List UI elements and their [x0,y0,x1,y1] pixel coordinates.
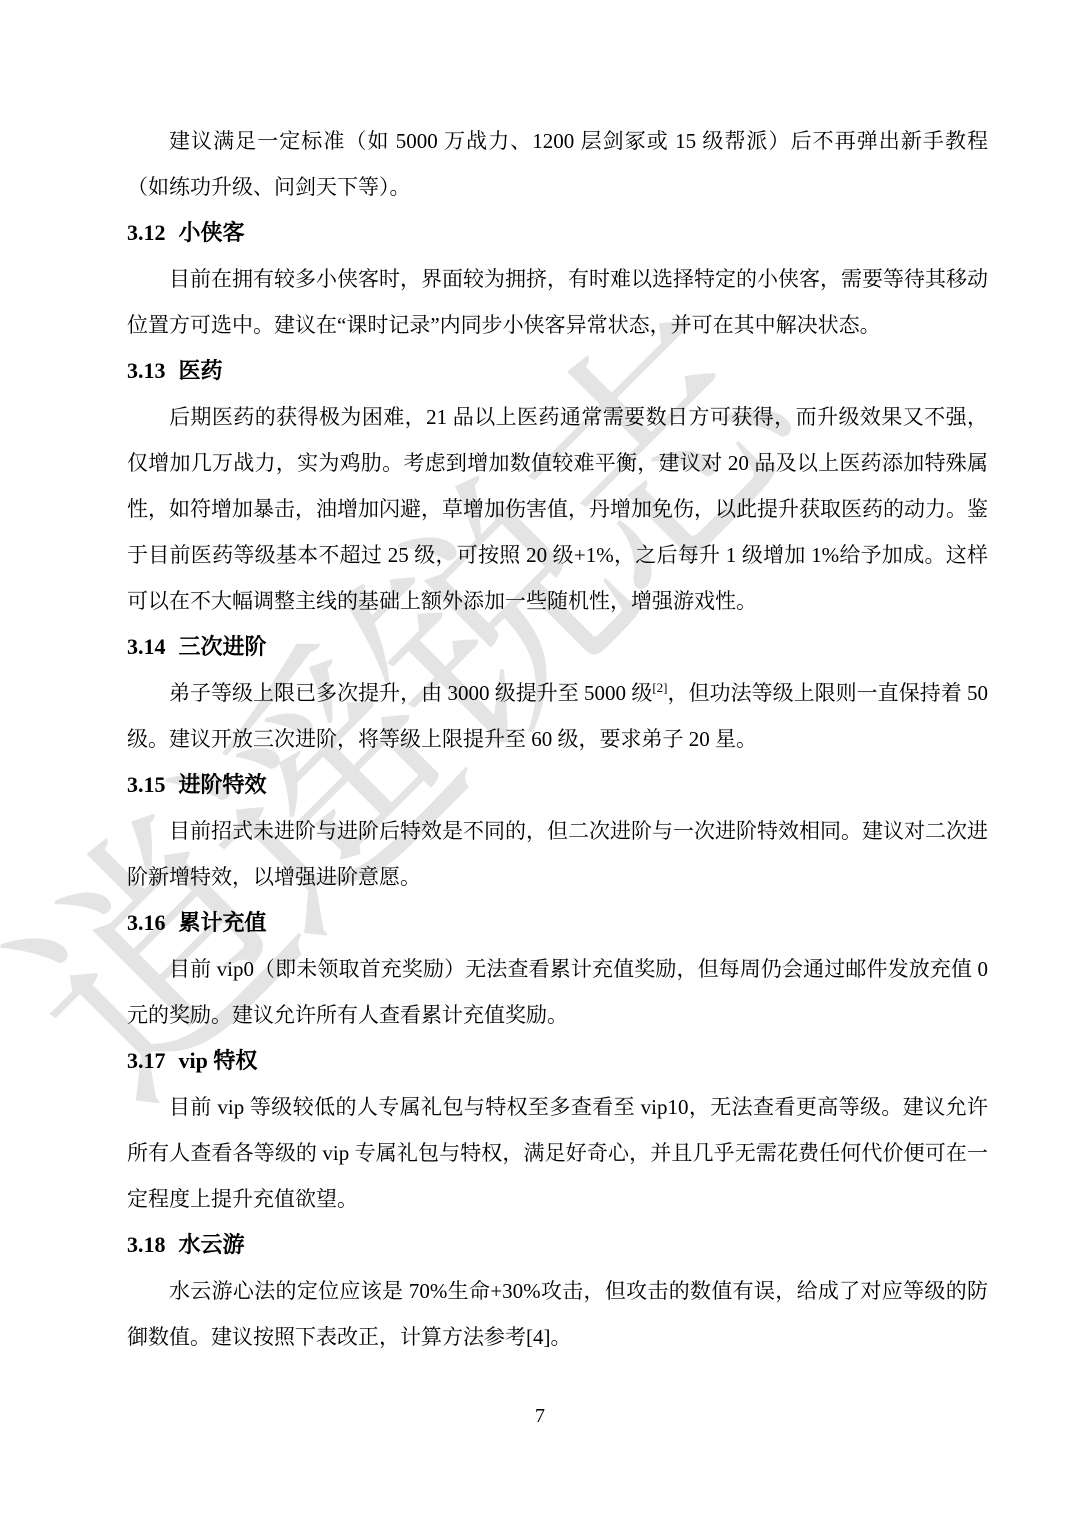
text-run: 水云游心法的定位应该是 70%生命+30%攻击，但攻击的数值有误，给成了对应等级… [127,1279,988,1349]
superscript-reference: [2] [652,680,667,695]
section-heading-number: 3.18 [127,1232,166,1257]
paragraph: 弟子等级上限已多次提升，由 3000 级提升至 5000 级[2]，但功法等级上… [127,670,988,762]
section-heading: 3.18水云游 [127,1222,988,1268]
text-run: 目前招式未进阶与进阶后特效是不同的，但二次进阶与一次进阶特效相同。建议对二次进阶… [127,819,988,889]
section-heading-number: 3.15 [127,772,166,797]
section-heading: 3.12小侠客 [127,210,988,256]
section-heading: 3.17vip 特权 [127,1038,988,1084]
page-number: 7 [0,1405,1080,1428]
section-heading-number: 3.16 [127,910,166,935]
section-heading-number: 3.13 [127,358,166,383]
paragraph: 目前 vip 等级较低的人专属礼包与特权至多查看至 vip10，无法查看更高等级… [127,1084,988,1222]
section-heading-title: 小侠客 [179,220,245,245]
section-heading-number: 3.12 [127,220,166,245]
section-heading-title: 累计充值 [179,910,267,935]
text-run: 弟子等级上限已多次提升，由 3000 级提升至 5000 级 [169,681,652,705]
section-heading: 3.16累计充值 [127,900,988,946]
document-page: 逍遥锐志 建议满足一定标准（如 5000 万战力、1200 层剑冢或 15 级帮… [0,0,1080,1528]
section-heading-title: 医药 [179,358,223,383]
section-heading: 3.13医药 [127,348,988,394]
section-heading-number: 3.17 [127,1048,166,1073]
paragraph: 目前在拥有较多小侠客时，界面较为拥挤，有时难以选择特定的小侠客，需要等待其移动位… [127,256,988,348]
continuation-paragraph: 建议满足一定标准（如 5000 万战力、1200 层剑冢或 15 级帮派）后不再… [127,118,988,210]
section-heading-number: 3.14 [127,634,166,659]
paragraph: 后期医药的获得极为困难，21 品以上医药通常需要数日方可获得，而升级效果又不强，… [127,394,988,624]
section-heading: 3.15进阶特效 [127,762,988,808]
text-run: 目前在拥有较多小侠客时，界面较为拥挤，有时难以选择特定的小侠客，需要等待其移动位… [127,267,988,337]
section-heading-title: 三次进阶 [179,634,267,659]
section-heading-title: 进阶特效 [179,772,267,797]
paragraph: 目前 vip0（即未领取首充奖励）无法查看累计充值奖励，但每周仍会通过邮件发放充… [127,946,988,1038]
section-heading-title: 水云游 [179,1232,245,1257]
text-run: 后期医药的获得极为困难，21 品以上医药通常需要数日方可获得，而升级效果又不强，… [127,405,988,613]
text-run: 目前 vip0（即未领取首充奖励）无法查看累计充值奖励，但每周仍会通过邮件发放充… [127,957,988,1027]
page-content: 建议满足一定标准（如 5000 万战力、1200 层剑冢或 15 级帮派）后不再… [0,0,1080,1360]
paragraph: 水云游心法的定位应该是 70%生命+30%攻击，但攻击的数值有误，给成了对应等级… [127,1268,988,1360]
paragraph: 目前招式未进阶与进阶后特效是不同的，但二次进阶与一次进阶特效相同。建议对二次进阶… [127,808,988,900]
section-heading-title: vip 特权 [179,1048,258,1073]
section-heading: 3.14三次进阶 [127,624,988,670]
text-run: 目前 vip 等级较低的人专属礼包与特权至多查看至 vip10，无法查看更高等级… [127,1095,988,1211]
sections: 3.12小侠客目前在拥有较多小侠客时，界面较为拥挤，有时难以选择特定的小侠客，需… [127,210,988,1360]
